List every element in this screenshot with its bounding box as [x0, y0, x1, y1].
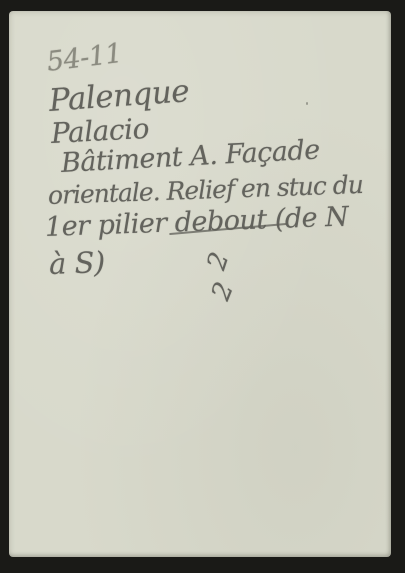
photo-card-back: 54-11 Palenque Palacio Bâtiment A. Façad… [9, 11, 391, 557]
scan-frame: 54-11 Palenque Palacio Bâtiment A. Façad… [0, 0, 405, 573]
handwritten-line-site: Palenque [48, 73, 191, 119]
handwritten-mark-2-upper: 2 [202, 249, 235, 274]
catalog-number: 54-11 [45, 38, 124, 78]
paper-speck [306, 102, 308, 105]
handwritten-mark-2-lower: 2 [206, 279, 240, 305]
handwritten-line-a-s: à S) [48, 245, 105, 281]
